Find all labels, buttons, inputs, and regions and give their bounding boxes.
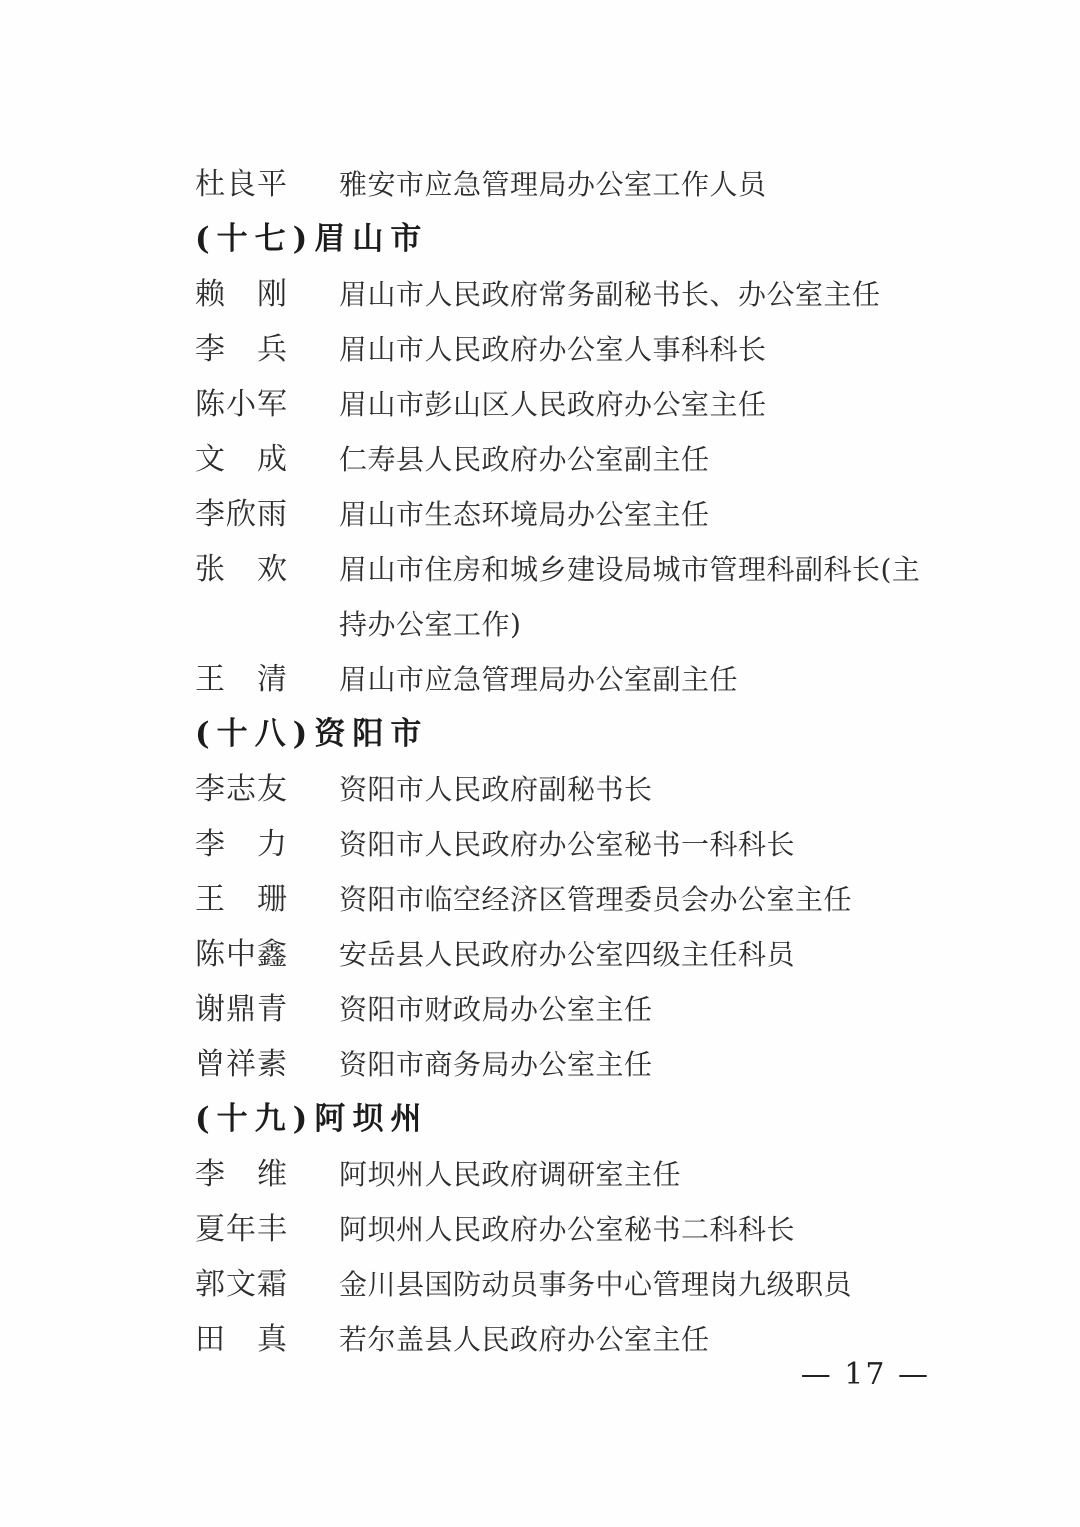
section-label: (十九)阿坝州: [195, 1092, 428, 1147]
person-title: 安岳县人民政府办公室四级主任科员: [339, 927, 939, 982]
roster-row: 谢鼎青资阳市财政局办公室主任: [195, 982, 945, 1037]
person-title: 金川县国防动员事务中心管理岗九级职员: [339, 1257, 939, 1312]
person-title: 资阳市商务局办公室主任: [339, 1037, 939, 1092]
person-title: 阿坝州人民政府办公室秘书二科科长: [339, 1202, 939, 1257]
person-title: 阿坝州人民政府调研室主任: [339, 1147, 939, 1202]
section-label: (十七)眉山市: [195, 212, 428, 267]
person-name: 杜良平: [195, 157, 291, 212]
person-name: 夏年丰: [195, 1202, 291, 1257]
person-title: 雅安市应急管理局办公室工作人员: [339, 157, 939, 212]
person-name: 王 珊: [195, 872, 291, 927]
person-name: 李 维: [195, 1147, 291, 1202]
person-title: 眉山市人民政府办公室人事科科长: [339, 322, 939, 377]
roster-row: 张 欢眉山市住房和城乡建设局城市管理科副科长(主 持办公室工作): [195, 542, 945, 652]
person-title: 眉山市住房和城乡建设局城市管理科副科长(主 持办公室工作): [339, 542, 939, 652]
roster-row: 陈中鑫安岳县人民政府办公室四级主任科员: [195, 927, 945, 982]
roster-row: 李 力资阳市人民政府办公室秘书一科科长: [195, 817, 945, 872]
person-name: 文 成: [195, 432, 291, 487]
roster-row: 李志友资阳市人民政府副秘书长: [195, 762, 945, 817]
roster-row: 杜良平雅安市应急管理局办公室工作人员: [195, 157, 945, 212]
roster-row: 王 清眉山市应急管理局办公室副主任: [195, 652, 945, 707]
person-name: 郭文霜: [195, 1257, 291, 1312]
roster-row: 郭文霜金川县国防动员事务中心管理岗九级职员: [195, 1257, 945, 1312]
roster-row: 夏年丰阿坝州人民政府办公室秘书二科科长: [195, 1202, 945, 1257]
person-title: 资阳市财政局办公室主任: [339, 982, 939, 1037]
person-name: 谢鼎青: [195, 982, 291, 1037]
person-title: 眉山市人民政府常务副秘书长、办公室主任: [339, 267, 939, 322]
person-name: 王 清: [195, 652, 291, 707]
person-name: 曾祥素: [195, 1037, 291, 1092]
person-title: 资阳市临空经济区管理委员会办公室主任: [339, 872, 939, 927]
section-heading: (十九)阿坝州: [195, 1092, 945, 1147]
person-name: 李欣雨: [195, 487, 291, 542]
person-name: 陈小军: [195, 377, 291, 432]
person-title: 资阳市人民政府办公室秘书一科科长: [339, 817, 939, 872]
roster-list: 杜良平雅安市应急管理局办公室工作人员(十七)眉山市赖 刚眉山市人民政府常务副秘书…: [195, 157, 945, 1367]
person-name: 陈中鑫: [195, 927, 291, 982]
document-page: 杜良平雅安市应急管理局办公室工作人员(十七)眉山市赖 刚眉山市人民政府常务副秘书…: [0, 0, 1080, 1527]
roster-row: 曾祥素资阳市商务局办公室主任: [195, 1037, 945, 1092]
person-name: 李志友: [195, 762, 291, 817]
person-title: 眉山市应急管理局办公室副主任: [339, 652, 939, 707]
section-label: (十八)资阳市: [195, 707, 428, 762]
person-title: 仁寿县人民政府办公室副主任: [339, 432, 939, 487]
person-title: 眉山市彭山区人民政府办公室主任: [339, 377, 939, 432]
roster-row: 李欣雨眉山市生态环境局办公室主任: [195, 487, 945, 542]
page-number: — 17 —: [801, 1352, 930, 1397]
person-name: 赖 刚: [195, 267, 291, 322]
roster-row: 王 珊资阳市临空经济区管理委员会办公室主任: [195, 872, 945, 927]
person-name: 田 真: [195, 1312, 291, 1367]
person-name: 张 欢: [195, 542, 291, 597]
person-title: 眉山市生态环境局办公室主任: [339, 487, 939, 542]
person-name: 李 兵: [195, 322, 291, 377]
section-heading: (十七)眉山市: [195, 212, 945, 267]
person-name: 李 力: [195, 817, 291, 872]
roster-row: 陈小军眉山市彭山区人民政府办公室主任: [195, 377, 945, 432]
section-heading: (十八)资阳市: [195, 707, 945, 762]
roster-row: 李 兵眉山市人民政府办公室人事科科长: [195, 322, 945, 377]
roster-row: 赖 刚眉山市人民政府常务副秘书长、办公室主任: [195, 267, 945, 322]
person-title: 资阳市人民政府副秘书长: [339, 762, 939, 817]
roster-row: 文 成仁寿县人民政府办公室副主任: [195, 432, 945, 487]
roster-row: 李 维阿坝州人民政府调研室主任: [195, 1147, 945, 1202]
